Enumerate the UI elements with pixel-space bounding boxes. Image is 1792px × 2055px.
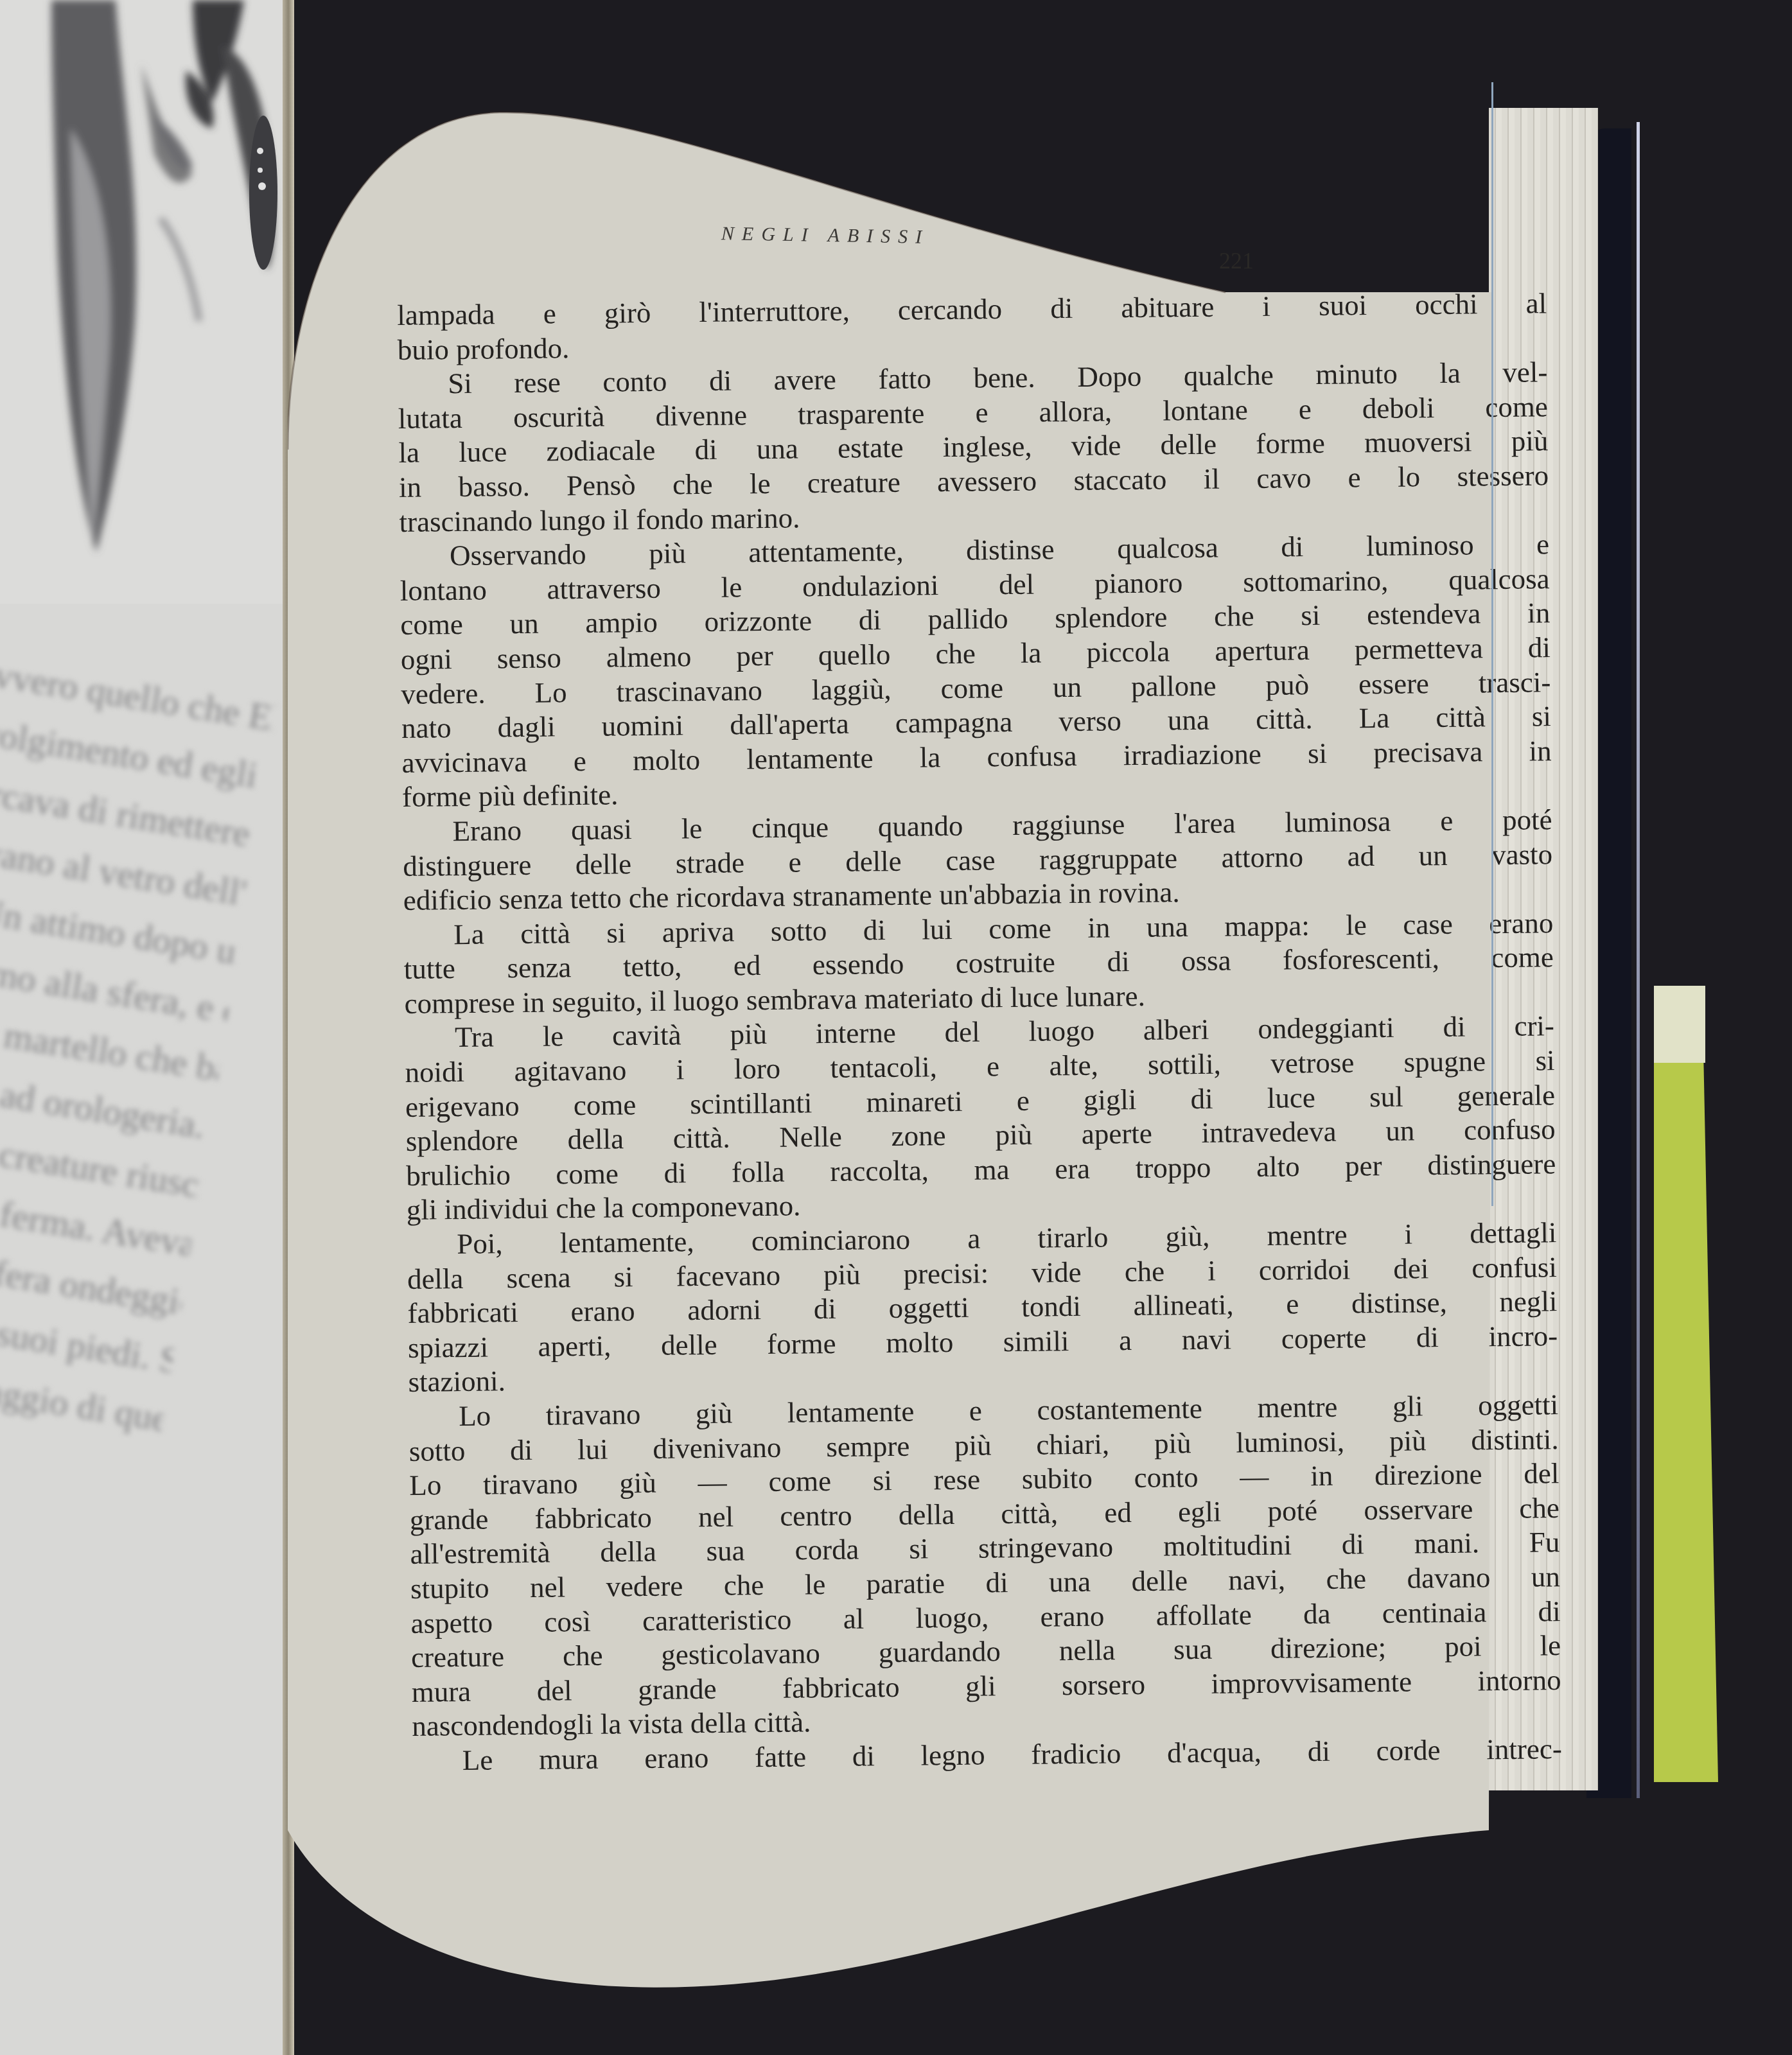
paragraph: Lo tiravano giù lentamente e costantemen… — [408, 1388, 1562, 1744]
paragraph: La città si apriva sotto di lui come in … — [403, 906, 1554, 1022]
green-dust-jacket-strip — [1654, 986, 1718, 1782]
paragraph: Tra le cavità più interne del luogo albe… — [405, 1010, 1556, 1228]
paragraph: Osservando più attentamente, distinse qu… — [400, 527, 1552, 814]
jacket-light-patch — [1654, 986, 1705, 1063]
paragraph: Poi, lentamente, cominciarono a tirarlo … — [407, 1216, 1558, 1400]
cover-highlight — [1637, 122, 1640, 1798]
paragraph: Si rese conto di avere fatto bene. Dopo … — [398, 355, 1549, 539]
left-facing-page: ovvero quello che Elstead la cavità dell… — [0, 0, 288, 2055]
left-page-blurred-text: ovvero quello che Elstead la cavità dell… — [0, 642, 279, 1448]
paragraph: Erano quasi le cinque quando raggiunse l… — [402, 803, 1553, 918]
paragraph: lampada e girò l'interruttore, cercando … — [397, 286, 1547, 367]
page-number: 221 — [1219, 247, 1254, 274]
right-page: NEGLI ABISSI 221 lampada e girò l'interr… — [288, 0, 1495, 2055]
running-head: NEGLI ABISSI — [721, 223, 930, 249]
illustration-image — [0, 0, 288, 604]
body-text: lampada e girò l'interruttore, cercando … — [397, 286, 1562, 1778]
page-edge-blue-line — [1491, 82, 1493, 1206]
